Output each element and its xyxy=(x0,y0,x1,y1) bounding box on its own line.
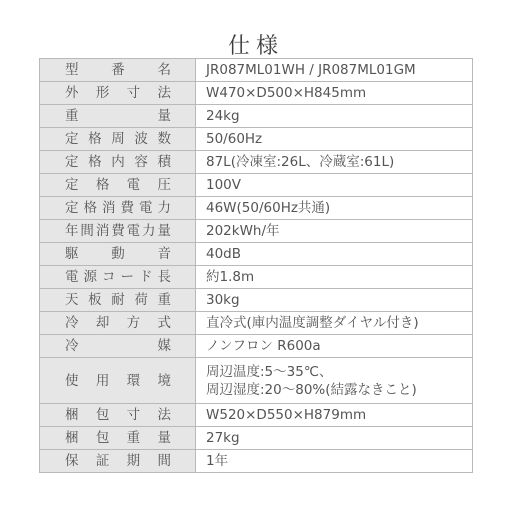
spec-label-char: 量 xyxy=(158,107,172,125)
spec-label-char: 定 xyxy=(65,199,79,217)
spec-label-char: 数 xyxy=(158,130,172,148)
spec-label: 駆動音 xyxy=(40,245,195,263)
table-row: 重量24kg xyxy=(40,105,473,128)
spec-label-cell: 電源コード長 xyxy=(40,266,196,289)
spec-label-char: 証 xyxy=(96,452,110,470)
spec-label-char: 電 xyxy=(127,176,141,194)
spec-value-cell: W470×D500×H845mm xyxy=(196,82,473,105)
spec-label-char: 外 xyxy=(65,84,79,102)
spec-label-cell: 冷媒 xyxy=(40,335,196,358)
spec-label-char: 積 xyxy=(158,153,172,171)
spec-label-char: 定 xyxy=(65,130,79,148)
spec-label-char: 重 xyxy=(158,291,172,309)
spec-value-cell: 24kg xyxy=(196,105,473,128)
spec-label: 型番名 xyxy=(40,61,195,79)
spec-label: 電源コード長 xyxy=(40,268,195,286)
table-row: 定格電圧100V xyxy=(40,174,473,197)
spec-label-char: 冷 xyxy=(65,337,79,355)
spec-label-char: 保 xyxy=(65,452,79,470)
spec-label-cell: 定格内容積 xyxy=(40,151,196,174)
spec-value: JR087ML01WH / JR087ML01GM xyxy=(206,61,472,79)
spec-label-char: 駆 xyxy=(65,245,79,263)
spec-label-cell: 定格消費電力 xyxy=(40,197,196,220)
spec-label-char: 使 xyxy=(65,372,79,390)
spec-label-char: 荷 xyxy=(134,291,148,309)
table-row: 梱包寸法W520×D550×H879mm xyxy=(40,404,473,427)
spec-label: 冷却方式 xyxy=(40,314,195,332)
spec-label-char: 格 xyxy=(88,153,102,171)
spec-label-char: 容 xyxy=(134,153,148,171)
spec-value: 30kg xyxy=(206,291,472,309)
spec-label-char: 用 xyxy=(96,372,110,390)
spec-label-char: 内 xyxy=(111,153,125,171)
spec-label-char: 格 xyxy=(88,130,102,148)
spec-label-char: 費 xyxy=(121,199,135,217)
spec-label: 梱包寸法 xyxy=(40,406,195,424)
spec-label-char: 波 xyxy=(134,130,148,148)
spec-label-char: 電 xyxy=(65,268,79,286)
spec-value: 1年 xyxy=(206,452,472,470)
spec-label-cell: 駆動音 xyxy=(40,243,196,266)
spec-label: 天板耐荷重 xyxy=(40,291,195,309)
spec-label-char: 形 xyxy=(96,84,110,102)
spec-label-char: 境 xyxy=(157,372,171,390)
spec-table: 型番名JR087ML01WH / JR087ML01GM外形寸法W470×D50… xyxy=(39,58,473,473)
spec-label-char: 耐 xyxy=(111,291,125,309)
spec-value-cell: 27kg xyxy=(196,427,473,450)
spec-label-char: 動 xyxy=(111,245,125,263)
spec-label-char: 重 xyxy=(127,429,141,447)
spec-label: 冷媒 xyxy=(40,337,195,355)
spec-label-char: 圧 xyxy=(157,176,171,194)
spec-value-cell: 30kg xyxy=(196,289,473,312)
spec-value-cell: ノンフロン R600a xyxy=(196,335,473,358)
spec-value-cell: 46W(50/60Hz共通) xyxy=(196,197,473,220)
spec-label-char: 包 xyxy=(96,429,110,447)
table-row: 定格周波数50/60Hz xyxy=(40,128,473,151)
spec-label-char: ー xyxy=(121,268,135,286)
spec-value: 50/60Hz xyxy=(206,130,472,148)
table-row: 定格内容積87L(冷凍室:26L、冷蔵室:61L) xyxy=(40,151,473,174)
spec-value-cell: JR087ML01WH / JR087ML01GM xyxy=(196,59,473,82)
spec-value: 周辺湿度:20〜80%(結露なきこと) xyxy=(206,381,472,399)
spec-label-cell: 使用環境 xyxy=(40,358,196,404)
spec-value-cell: 50/60Hz xyxy=(196,128,473,151)
spec-label: 年間消費電力量 xyxy=(40,222,195,240)
spec-label-cell: 冷却方式 xyxy=(40,312,196,335)
spec-label-char: 天 xyxy=(65,291,79,309)
spec-value: 87L(冷凍室:26L、冷蔵室:61L) xyxy=(206,153,472,171)
spec-label-char: 格 xyxy=(84,199,98,217)
spec-value-cell: 100V xyxy=(196,174,473,197)
spec-value-cell: 周辺温度:5〜35℃、周辺湿度:20〜80%(結露なきこと) xyxy=(196,358,473,404)
spec-value: 24kg xyxy=(206,107,472,125)
spec-label-char: 環 xyxy=(127,372,141,390)
spec-label-cell: 保証期間 xyxy=(40,450,196,473)
spec-label-char: 量 xyxy=(157,429,171,447)
spec-label-cell: 定格周波数 xyxy=(40,128,196,151)
spec-label-char: 方 xyxy=(127,314,141,332)
spec-value-cell: 40dB xyxy=(196,243,473,266)
spec-label-char: 番 xyxy=(111,61,125,79)
spec-label-cell: 定格電圧 xyxy=(40,174,196,197)
spec-value: 27kg xyxy=(206,429,472,447)
spec-label-char: 消 xyxy=(96,222,110,240)
table-row: 定格消費電力46W(50/60Hz共通) xyxy=(40,197,473,220)
spec-label-char: 長 xyxy=(158,268,172,286)
spec-label-cell: 重量 xyxy=(40,105,196,128)
spec-label-char: 型 xyxy=(65,61,79,79)
spec-label-char: 寸 xyxy=(127,84,141,102)
spec-label-cell: 天板耐荷重 xyxy=(40,289,196,312)
spec-label-cell: 年間消費電力量 xyxy=(40,220,196,243)
spec-label-char: 梱 xyxy=(65,429,79,447)
spec-label: 定格消費電力 xyxy=(40,199,195,217)
table-row: 電源コード長約1.8m xyxy=(40,266,473,289)
spec-label: 定格周波数 xyxy=(40,130,195,148)
spec-value: 直冷式(庫内温度調整ダイヤル付き) xyxy=(206,314,472,332)
spec-label-char: 費 xyxy=(111,222,125,240)
spec-label-char: コ xyxy=(102,268,116,286)
spec-label: 使用環境 xyxy=(40,372,195,390)
spec-label: 重量 xyxy=(40,107,195,125)
spec-label-char: 重 xyxy=(65,107,79,125)
spec-value: 約1.8m xyxy=(206,268,472,286)
spec-label-char: 法 xyxy=(157,84,171,102)
spec-label-char: 間 xyxy=(157,452,171,470)
spec-label-char: 定 xyxy=(65,176,79,194)
spec-label-char: 板 xyxy=(88,291,102,309)
spec-label-char: 音 xyxy=(158,245,172,263)
table-row: 年間消費電力量202kWh/年 xyxy=(40,220,473,243)
spec-label-char: 法 xyxy=(157,406,171,424)
table-row: 駆動音40dB xyxy=(40,243,473,266)
spec-value-cell: 約1.8m xyxy=(196,266,473,289)
table-row: 型番名JR087ML01WH / JR087ML01GM xyxy=(40,59,473,82)
spec-label-char: 期 xyxy=(127,452,141,470)
spec-value: W520×D550×H879mm xyxy=(206,406,472,424)
spec-label-char: ド xyxy=(139,268,153,286)
spec-label-char: 量 xyxy=(157,222,171,240)
table-row: 冷媒ノンフロン R600a xyxy=(40,335,473,358)
spec-value: 202kWh/年 xyxy=(206,222,472,240)
table-row: 梱包重量27kg xyxy=(40,427,473,450)
spec-label-char: 周 xyxy=(111,130,125,148)
spec-label-char: 年 xyxy=(65,222,79,240)
spec-label-char: 式 xyxy=(157,314,171,332)
spec-label-char: 力 xyxy=(142,222,156,240)
spec-label-char: 名 xyxy=(158,61,172,79)
spec-value: 周辺温度:5〜35℃、 xyxy=(206,363,472,381)
spec-value: 100V xyxy=(206,176,472,194)
spec-value: ノンフロン R600a xyxy=(206,337,472,355)
spec-label-char: 梱 xyxy=(65,406,79,424)
spec-label-cell: 型番名 xyxy=(40,59,196,82)
spec-label-cell: 外形寸法 xyxy=(40,82,196,105)
table-row: 天板耐荷重30kg xyxy=(40,289,473,312)
spec-value: W470×D500×H845mm xyxy=(206,84,472,102)
spec-label: 定格電圧 xyxy=(40,176,195,194)
spec-value: 40dB xyxy=(206,245,472,263)
spec-label-char: 力 xyxy=(158,199,172,217)
spec-label: 梱包重量 xyxy=(40,429,195,447)
table-row: 使用環境周辺温度:5〜35℃、周辺湿度:20〜80%(結露なきこと) xyxy=(40,358,473,404)
spec-value-cell: W520×D550×H879mm xyxy=(196,404,473,427)
spec-label-cell: 梱包重量 xyxy=(40,427,196,450)
spec-label-char: 冷 xyxy=(65,314,79,332)
spec-value-cell: 87L(冷凍室:26L、冷蔵室:61L) xyxy=(196,151,473,174)
spec-label-char: 消 xyxy=(102,199,116,217)
spec-label-cell: 梱包寸法 xyxy=(40,404,196,427)
spec-label-char: 寸 xyxy=(127,406,141,424)
table-row: 冷却方式直冷式(庫内温度調整ダイヤル付き) xyxy=(40,312,473,335)
table-row: 外形寸法W470×D500×H845mm xyxy=(40,82,473,105)
spec-label-char: 定 xyxy=(65,153,79,171)
spec-label: 定格内容積 xyxy=(40,153,195,171)
spec-label-char: 却 xyxy=(96,314,110,332)
spec-value-cell: 直冷式(庫内温度調整ダイヤル付き) xyxy=(196,312,473,335)
spec-label-char: 媒 xyxy=(158,337,172,355)
spec-table-body: 型番名JR087ML01WH / JR087ML01GM外形寸法W470×D50… xyxy=(40,59,473,473)
spec-value-cell: 202kWh/年 xyxy=(196,220,473,243)
spec-label-char: 包 xyxy=(96,406,110,424)
spec-label: 外形寸法 xyxy=(40,84,195,102)
spec-label-char: 電 xyxy=(139,199,153,217)
spec-label-char: 格 xyxy=(96,176,110,194)
spec-label-char: 電 xyxy=(127,222,141,240)
spec-value: 46W(50/60Hz共通) xyxy=(206,199,472,217)
spec-label: 保証期間 xyxy=(40,452,195,470)
spec-value-cell: 1年 xyxy=(196,450,473,473)
spec-label-char: 間 xyxy=(80,222,94,240)
spec-label-char: 源 xyxy=(84,268,98,286)
page-title: 仕様 xyxy=(0,29,512,60)
table-row: 保証期間1年 xyxy=(40,450,473,473)
